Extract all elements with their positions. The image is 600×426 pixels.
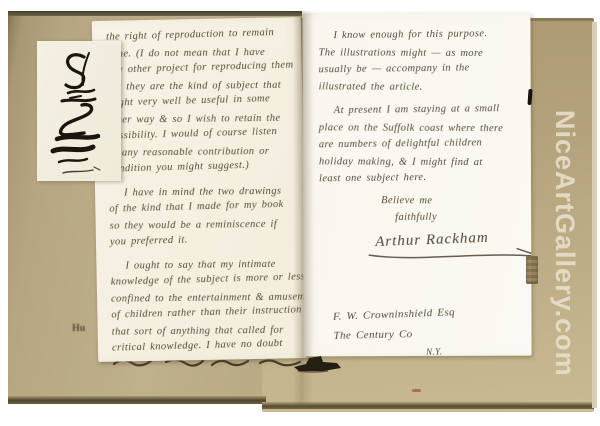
handwriting-line: usually be — accompany in the <box>318 59 530 79</box>
closing-line: faithfully <box>395 207 531 226</box>
ink-sketch <box>37 41 121 181</box>
photograph-open-book: Hu the right of reproduction to remain m… <box>0 0 600 426</box>
book-top-edge <box>8 11 302 16</box>
book-bottom-edge-right <box>262 402 594 409</box>
signature-block: Arthur Rackham <box>375 230 531 265</box>
sketch-card <box>37 41 121 181</box>
cover-ornament <box>526 256 538 284</box>
printed-page-fragment: Hu <box>72 323 85 334</box>
address-block: F. W. Crowninshield Esq The Century Co N… <box>333 302 532 356</box>
letter-left-page: the right of reproduction to remain mine… <box>92 17 308 362</box>
handwriting-line: illustrated the article. <box>319 78 531 96</box>
watermark-text: NiceArtGallery.com <box>549 110 580 377</box>
dark-paper-scrap <box>292 350 348 376</box>
cover-scuff-mark <box>412 389 421 392</box>
book-bottom-edge-left <box>8 396 266 404</box>
handwriting-line: least one subject here. <box>319 168 531 188</box>
book-fore-edge <box>592 22 597 408</box>
handwriting-line: the right of reproduction to remain <box>106 24 301 46</box>
handwriting-line: At present I am staying at a small <box>319 100 531 120</box>
address-line: N.Y. <box>426 339 532 356</box>
signature-flourish <box>367 246 531 265</box>
handwriting-line: I know enough for this purpose. <box>318 25 530 45</box>
handwriting-line: are numbers of delightful children <box>319 134 531 154</box>
letter-right-page: I know enough for this purpose. The illu… <box>302 13 531 357</box>
